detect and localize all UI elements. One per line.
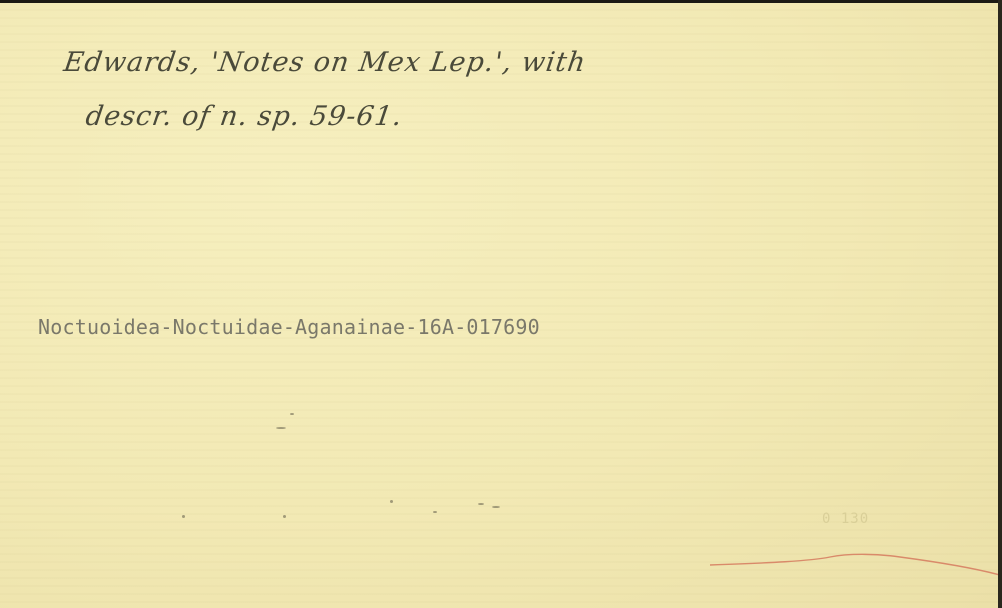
faint-stamp: 0 130	[822, 511, 869, 527]
paper-speck	[478, 503, 484, 505]
paper-speck	[276, 427, 286, 429]
paper-speck	[433, 511, 437, 513]
handwritten-note-line-1: Edwards, 'Notes on Mex Lep.', with	[62, 47, 588, 78]
paper-speck	[390, 500, 393, 503]
handwritten-note-line-2: descr. of n. sp. 59-61.	[84, 101, 405, 132]
red-rule-line	[710, 551, 998, 581]
index-card: Edwards, 'Notes on Mex Lep.', with descr…	[0, 3, 998, 608]
taxonomy-label: Noctuoidea-Noctuidae-Aganainae-16A-01769…	[38, 315, 540, 339]
paper-speck	[283, 515, 286, 518]
card-edge-shadow	[998, 0, 1002, 608]
paper-speck	[182, 515, 185, 518]
paper-speck	[290, 413, 294, 415]
paper-speck	[492, 506, 500, 508]
